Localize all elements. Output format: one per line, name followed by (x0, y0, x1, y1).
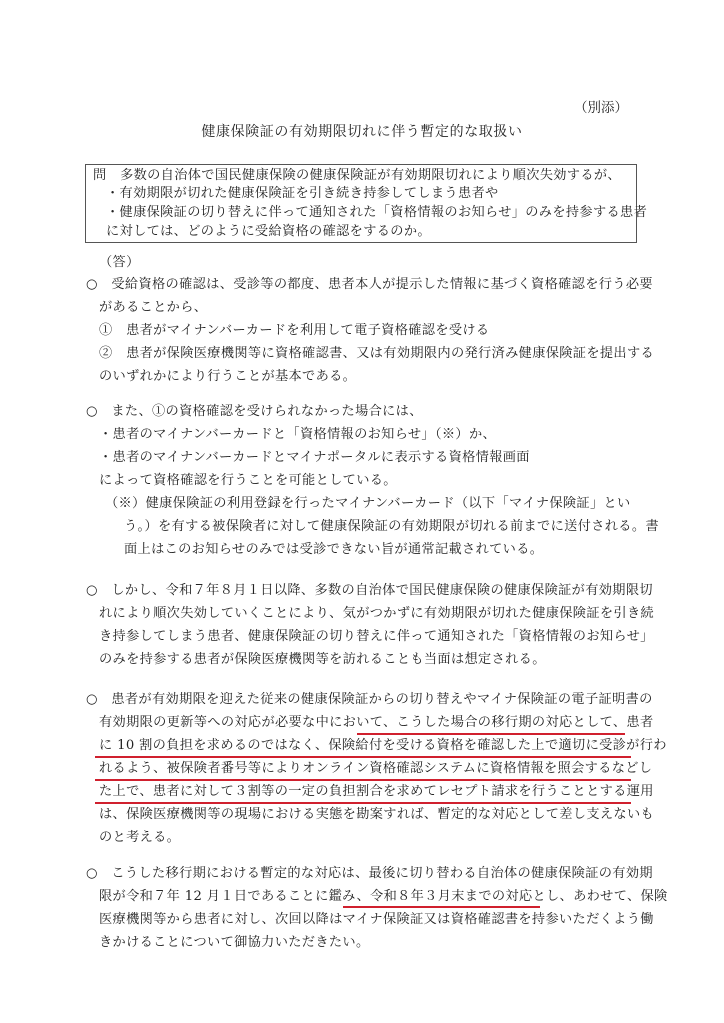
paragraph-line: によって資格確認を行うことを可能としている。 (99, 473, 397, 489)
question-line: 問 多数の自治体で国民健康保険の健康保険証が有効期限切れにより順次失効するが、 (93, 168, 621, 184)
paragraph-line: 限が令和７年 12 月１日であることに鑑み、令和８年３月末までの対応とし、あわせ… (99, 889, 668, 905)
paragraph-line: きかけることについて御協力いただきたい。 (99, 935, 369, 951)
paragraph-line: は、保険医療機関等の現場における実態を勘案すれば、暫定的な対応として差し支えない… (99, 807, 654, 823)
footnote-line: （※）健康保険証の利用登録を行ったマイナンバーカード（以下「マイナ保険証」とい (105, 496, 631, 512)
paragraph-line: があることから、 (99, 300, 207, 316)
paragraph-line: のみを持参する患者が保険医療機関等を訪れることも当面は想定される。 (99, 652, 546, 668)
paragraph-line: ○ 受給資格の確認は、受診等の都度、患者本人が提示した情報に基づく資格確認を行う… (86, 277, 653, 293)
paragraph-line: 医療機関等から患者に対し、次回以降はマイナ保険証又は資格確認書を持参いただくよう… (99, 912, 654, 928)
paragraph-line: た上で、患者に対して３割等の一定の負担割合を求めてレセプト請求を行うこととする運… (99, 784, 654, 800)
paragraph-line: れるよう、被保険者番号等によりオンライン資格確認システムに資格情報を照会するなど… (99, 761, 652, 777)
paragraph-line: き持参してしまう患者、健康保険証の切り替えに伴って通知された「資格情報のお知らせ… (99, 629, 654, 645)
paragraph-line: ○ 患者が有効期限を迎えた従来の健康保険証からの切り替えやマイナ保険証の電子証明… (86, 692, 653, 708)
paragraph-line: 有効期限の更新等への対応が必要な中において、こうした場合の移行期の対応として、患… (99, 715, 654, 731)
red-underline (343, 906, 540, 908)
attachment-label: （別添） (574, 96, 628, 116)
paragraph-line: ② 患者が保険医療機関等に資格確認書、又は有効期限内の発行済み健康保険証を提出す… (99, 346, 654, 362)
red-underline (95, 802, 631, 804)
paragraph-line: のと考える。 (99, 830, 180, 846)
paragraph-line: ○ しかし、令和７年８月１日以降、多数の自治体で国民健康保険の健康保険証が有効期… (86, 583, 653, 599)
document-title: 健康保険証の有効期限切れに伴う暫定的な取扱い (0, 121, 724, 141)
paragraph-line: のいずれかにより行うことが基本である。 (99, 369, 356, 385)
paragraph-line: に 10 割の負担を求めるのではなく、保険給付を受ける資格を確認した上で適切に受… (99, 738, 667, 754)
red-underline (95, 779, 631, 781)
paragraph-line: ① 患者がマイナンバーカードを利用して電子資格確認を受ける (99, 323, 489, 339)
paragraph-line: ○ こうした移行期における暫定的な対応は、最後に切り替わる自治体の健康保険証の有… (86, 866, 653, 882)
footnote-line: う。）を有する被保険者に対して健康保険証の有効期限が切れる前までに送付される。書 (124, 519, 659, 535)
red-underline (357, 733, 625, 735)
paragraph-line: ・患者のマイナンバーカードと「資格情報のお知らせ」（※）か、 (99, 427, 496, 443)
question-line: に対しては、どのように受給資格の確認をするのか。 (106, 224, 431, 240)
question-line: ・健康保険証の切り替えに伴って通知された「資格情報のお知らせ」のみを持参する患者 (106, 205, 647, 221)
paragraph-line: れにより順次失効していくことにより、気がつかずに有効期限が切れた健康保険証を引き… (99, 606, 654, 622)
paragraph-line: ○ また、①の資格確認を受けられなかった場合には、 (86, 404, 423, 420)
answer-label: （答） (99, 255, 140, 271)
question-line: ・有効期限が切れた健康保険証を引き続き持参してしまう患者や (106, 186, 499, 202)
red-underline (95, 756, 631, 758)
footnote-line: 面上はこのお知らせのみでは受診できない旨が通常記載されている。 (124, 542, 543, 558)
paragraph-line: ・患者のマイナンバーカードとマイナポータルに表示する資格情報画面 (99, 450, 530, 466)
document-page: （別添） 健康保険証の有効期限切れに伴う暫定的な取扱い 問 多数の自治体で国民健… (0, 0, 724, 1023)
